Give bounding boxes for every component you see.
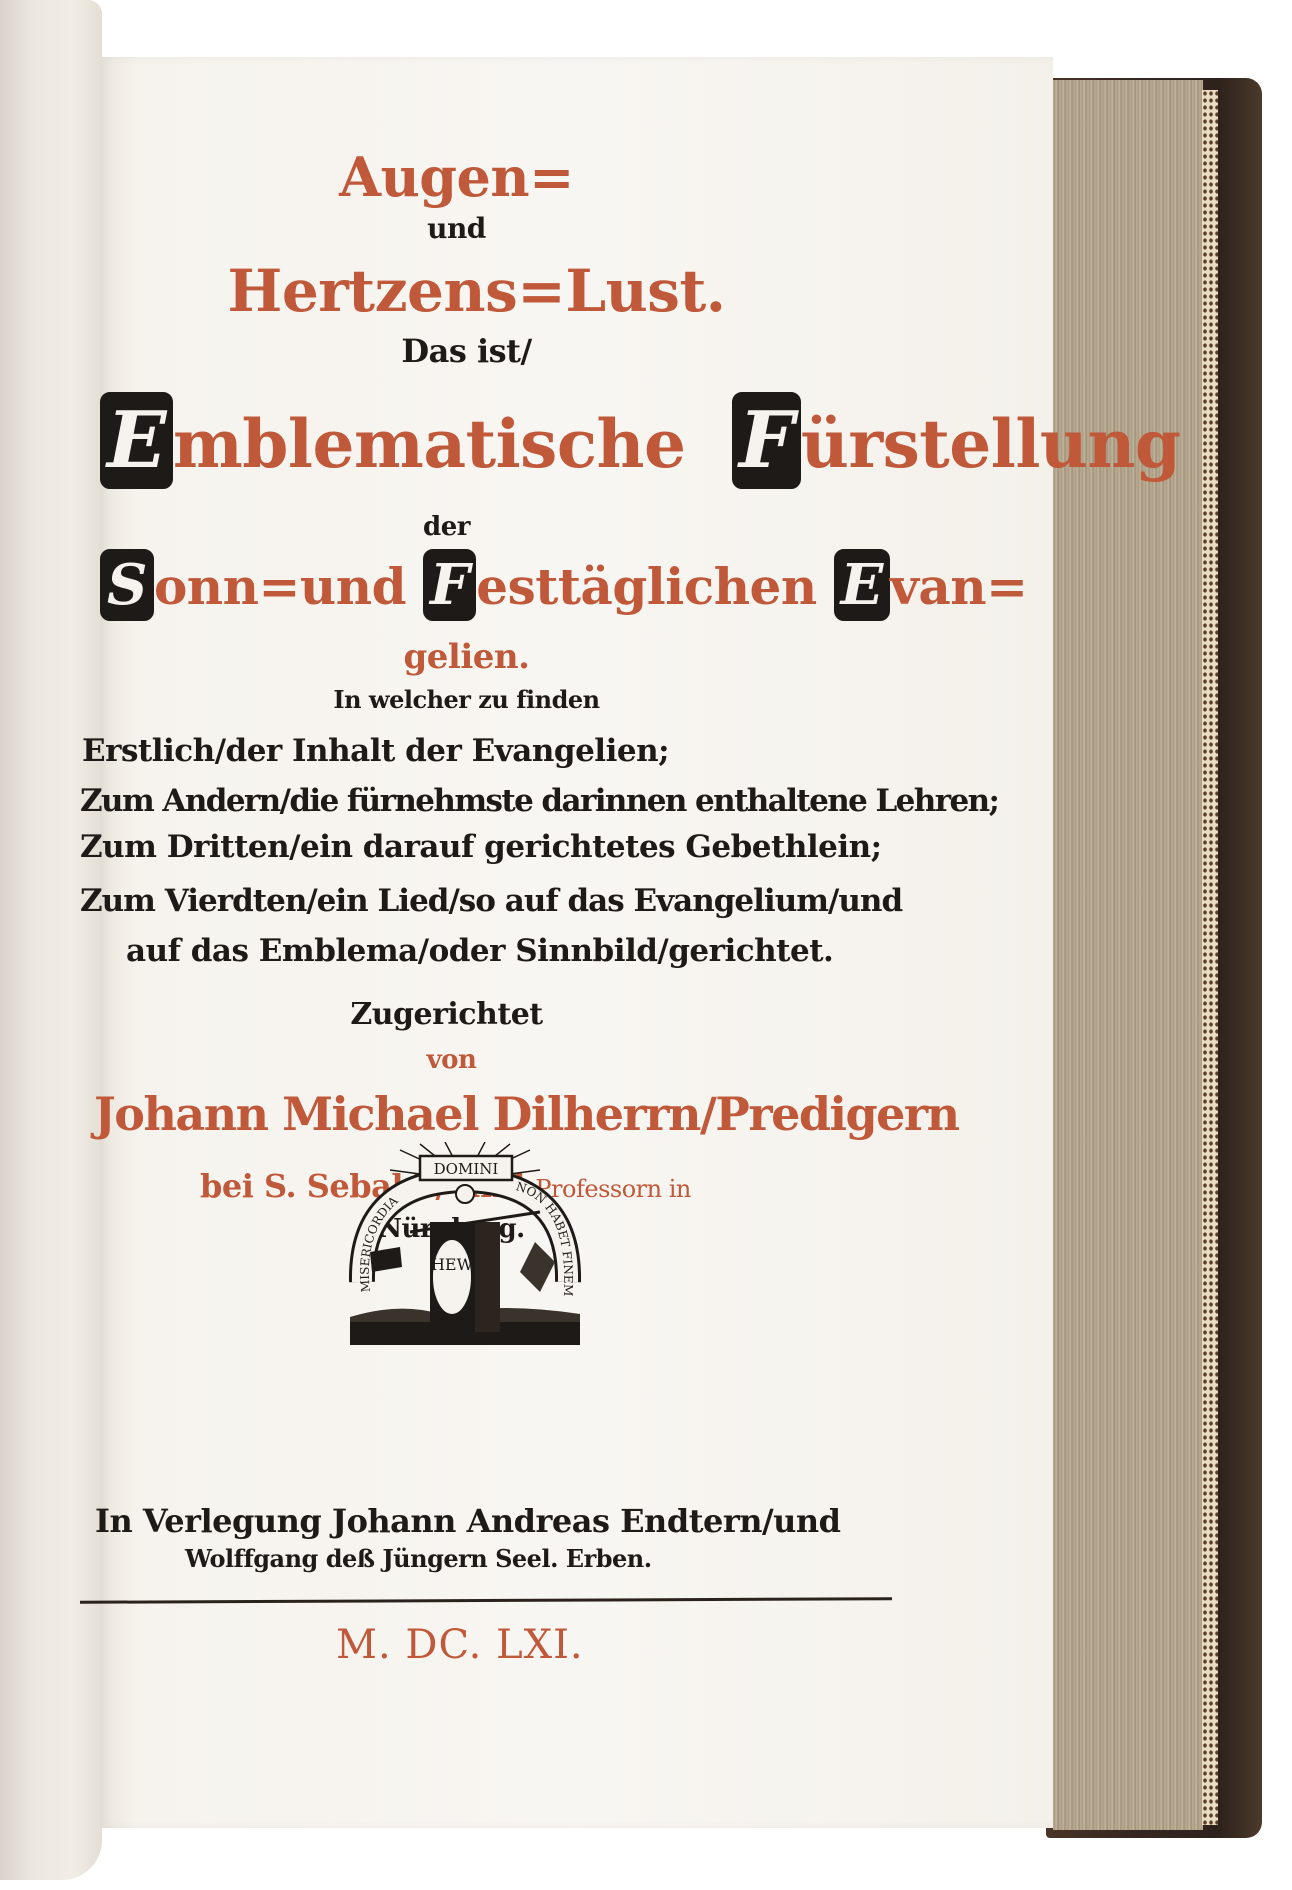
contents-item-4: Zum Vierdten/ein Lied/so auf das Evangel… — [80, 883, 1033, 919]
von: von — [0, 1045, 928, 1075]
title-hertzens-lust: Hertzens=Lust. — [0, 257, 953, 325]
horizontal-rule — [80, 1597, 892, 1604]
title-gelien: gelien. — [0, 637, 943, 677]
imprint-date: M. DC. LXI. — [336, 1622, 1289, 1668]
title-festtaeglichen: esttäglichen — [476, 557, 816, 616]
author-name: Johann Michael Dilherrn/Predigern — [94, 1087, 1047, 1141]
title-augen: Augen= — [0, 145, 933, 209]
title-emblematische-fuerstellung: Emblematische Fürstellung — [100, 392, 1053, 489]
title-sonn-und: onn=und — [154, 557, 406, 616]
imprint-line-2: Wolffgang deß Jüngern Seel. Erben. — [185, 1544, 1138, 1573]
title-das-ist: Das ist/ — [0, 332, 943, 370]
device-motto-top: DOMINI — [434, 1160, 499, 1178]
woodcut-initial-f: F — [732, 392, 801, 489]
title-fuerstellung: ürstellung — [801, 405, 1181, 483]
subtitle-in-welcher: In welcher zu finden — [0, 685, 943, 714]
contents-item-1: Erstlich/der Inhalt der Evangelien; — [82, 733, 1035, 769]
woodcut-initial-e: E — [100, 392, 173, 489]
woodcut-initial-f2: F — [423, 549, 476, 621]
printers-device-woodcut: MISERICORDIA NON HABET FINEM DOMINI HEW — [340, 1142, 590, 1347]
title-und: und — [0, 212, 933, 245]
contents-item-3: Zum Dritten/ein darauf gerichtetes Gebet… — [80, 829, 1033, 865]
title-sonn-und-festtaeglichen: Sonn=und Festtäglichen Evan= — [100, 549, 1053, 621]
zugerichtet: Zugerichtet — [0, 997, 923, 1032]
title-evan: van= — [890, 557, 1028, 616]
title-page: Augen= und Hertzens=Lust. Das ist/ Emble… — [100, 57, 1053, 1828]
contents-item-2: Zum Andern/die fürnehmste darinnen entha… — [80, 783, 1033, 819]
imprint-line-1: In Verlegung Johann Andreas Endtern/und — [95, 1502, 1048, 1540]
woodcut-initial-e2: E — [834, 549, 890, 621]
contents-item-5: auf das Emblema/oder Sinnbild/gerichtet. — [126, 933, 1079, 969]
title-emblematische: mblematische — [173, 405, 686, 483]
decorated-endpaper-strip — [1202, 90, 1218, 1825]
device-monogram: HEW — [431, 1255, 474, 1274]
woodcut-initial-s: S — [100, 549, 154, 621]
title-der: der — [0, 512, 923, 542]
